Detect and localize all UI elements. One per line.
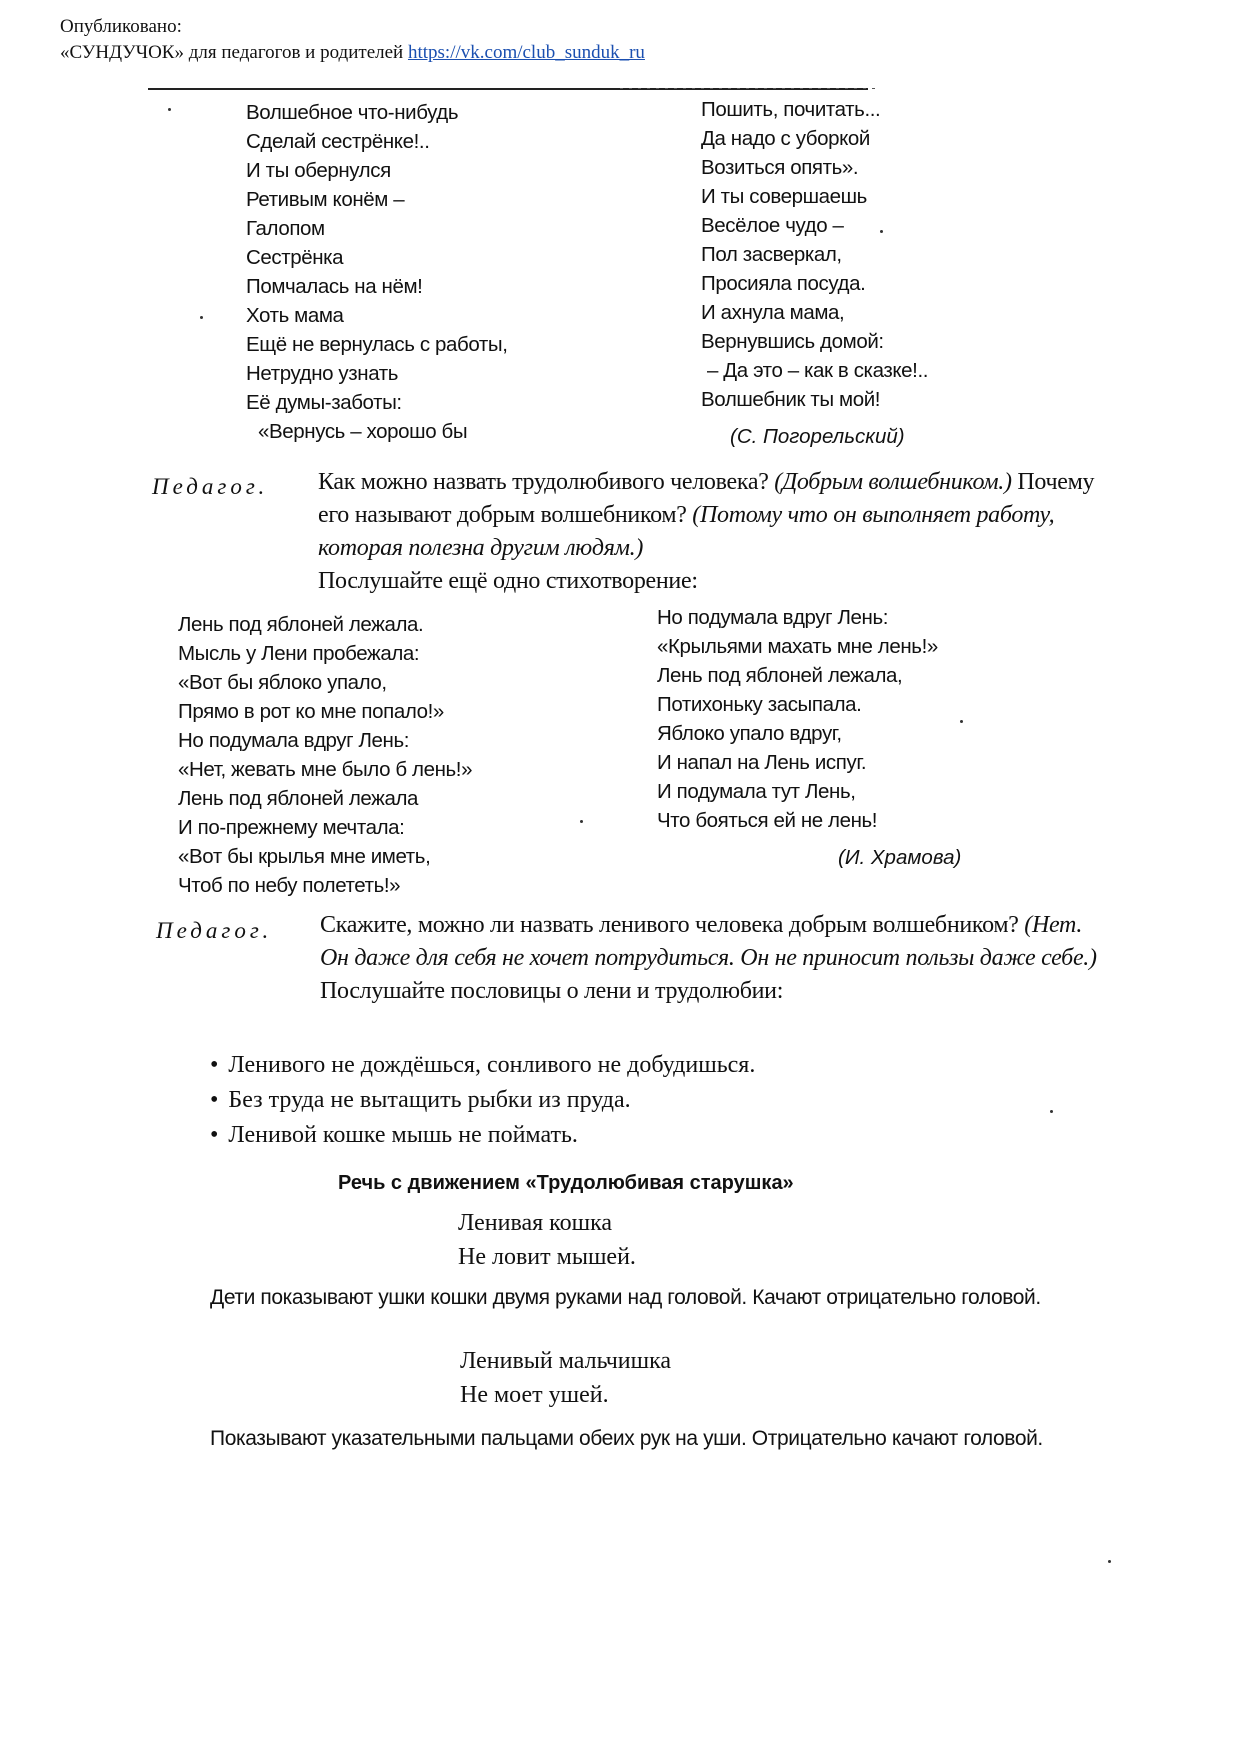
poem-line: Ещё не вернулась с работы, xyxy=(246,330,508,359)
proverbs-list: Ленивого не дождёшься, сонливого не добу… xyxy=(210,1048,755,1153)
poem1-author: (С. Погорельский) xyxy=(730,425,905,449)
poem-line: И ты обернулся xyxy=(246,156,508,185)
poem-line: И подумала тут Лень, xyxy=(657,777,938,806)
poem-line: «Вот бы яблоко упало, xyxy=(178,668,472,697)
poem-line: Вернувшись домой: xyxy=(701,327,928,356)
speaker-label: Педагог. xyxy=(156,918,272,944)
question: Как можно назвать трудолюбивого человека… xyxy=(318,469,769,495)
scan-speck xyxy=(200,316,203,319)
verse-line: Ленивый мальчишка xyxy=(460,1344,671,1378)
dialogue2-text: Скажите, можно ли назвать ленивого челов… xyxy=(320,909,1100,1008)
poem2-left-column: Лень под яблоней лежала. Мысль у Лени пр… xyxy=(178,610,472,900)
poem-line: Ретивым конём – xyxy=(246,185,508,214)
poem-line: «Нет, жевать мне было б лень!» xyxy=(178,755,472,784)
poem-line: Помчалась на нём! xyxy=(246,272,508,301)
poem-line: Просияла посуда. xyxy=(701,269,928,298)
poem-line: – Да это – как в сказке!.. xyxy=(701,356,928,385)
dialogue1-text: Как можно назвать трудолюбивого человека… xyxy=(318,466,1098,565)
poem-line: Чтоб по небу полететь!» xyxy=(178,871,472,900)
poem-line: Хоть мама xyxy=(246,301,508,330)
exercise-note1: Дети показывают ушки кошки двумя руками … xyxy=(210,1281,1110,1314)
poem-line: Мысль у Лени пробежала: xyxy=(178,639,472,668)
poem-line: Сестрёнка xyxy=(246,243,508,272)
poem-line: Галопом xyxy=(246,214,508,243)
poem-line: Нетрудно узнать xyxy=(246,359,508,388)
top-divider-dotted xyxy=(620,88,880,89)
poem-line: Да надо с уборкой xyxy=(701,124,928,153)
poem-line: Сделай сестрёнке!.. xyxy=(246,127,508,156)
poem-line: Лень под яблоней лежала. xyxy=(178,610,472,639)
source-line: «СУНДУЧОК» для педагогов и родителей htt… xyxy=(60,40,645,66)
verse-line: Ленивая кошка xyxy=(458,1206,636,1240)
scan-speck xyxy=(1050,1110,1053,1113)
poem-line: Но подумала вдруг Лень: xyxy=(657,603,938,632)
poem2-author: (И. Храмова) xyxy=(838,846,961,870)
poem-line: Что бояться ей не лень! xyxy=(657,806,938,835)
poem-line: Но подумала вдруг Лень: xyxy=(178,726,472,755)
poem-line: Пошить, почитать... xyxy=(701,95,928,124)
poem-line: Волшебное что-нибудь xyxy=(246,98,508,127)
poem-line: Волшебник ты мой! xyxy=(701,385,928,414)
source-text: «СУНДУЧОК» для педагогов и родителей xyxy=(60,42,403,63)
scan-speck xyxy=(960,720,963,723)
poem-line: Потихоньку засыпала. xyxy=(657,690,938,719)
poem-line: Лень под яблоней лежала xyxy=(178,784,472,813)
exercise-stanza1: Ленивая кошка Не ловит мышей. xyxy=(458,1206,636,1274)
poem-line: И ахнула мама, xyxy=(701,298,928,327)
poem-line: Прямо в рот ко мне попало!» xyxy=(178,697,472,726)
exercise-title: Речь с движением «Трудолюбивая старушка» xyxy=(338,1172,794,1195)
poem-line: Пол засверкал, xyxy=(701,240,928,269)
vk-club-link[interactable]: https://vk.com/club_sunduk_ru xyxy=(408,42,645,63)
poem-line: Весёлое чудо – xyxy=(701,211,928,240)
publication-header: Опубликовано: «СУНДУЧОК» для педагогов и… xyxy=(60,14,645,66)
poem-line: Её думы-заботы: xyxy=(246,388,508,417)
scan-speck xyxy=(880,230,883,233)
poem-line: «Вот бы крылья мне иметь, xyxy=(178,842,472,871)
scan-speck xyxy=(1108,1560,1111,1563)
exercise-note2: Показывают указательными пальцами обеих … xyxy=(210,1422,1110,1455)
published-label: Опубликовано: xyxy=(60,14,645,40)
poem-line: И напал на Лень испуг. xyxy=(657,748,938,777)
verse-line: Не ловит мышей. xyxy=(458,1240,636,1274)
proverb-item: Без труда не вытащить рыбки из пруда. xyxy=(210,1083,755,1118)
poem-line: И ты совершаешь xyxy=(701,182,928,211)
poem2-right-column: Но подумала вдруг Лень: «Крыльями махать… xyxy=(657,603,938,835)
speaker-label: Педагог. xyxy=(152,474,268,500)
proverb-item: Ленивой кошке мышь не поймать. xyxy=(210,1118,755,1153)
poem-line: Яблоко упало вдруг, xyxy=(657,719,938,748)
scan-speck xyxy=(580,820,583,823)
poem-line: «Крыльями махать мне лень!» xyxy=(657,632,938,661)
scan-speck xyxy=(168,108,171,111)
poem-line: «Вернусь – хорошо бы xyxy=(246,417,508,446)
poem-line: И по-прежнему мечтала: xyxy=(178,813,472,842)
exercise-stanza2: Ленивый мальчишка Не моет ушей. xyxy=(460,1344,671,1412)
verse-line: Не моет ушей. xyxy=(460,1378,671,1412)
poem-line: Возиться опять». xyxy=(701,153,928,182)
answer: (Добрым волшебником.) xyxy=(774,469,1011,495)
dialogue1-invite: Послушайте ещё одно стихотворение: xyxy=(318,565,698,598)
poem1-right-column: Пошить, почитать... Да надо с уборкой Во… xyxy=(701,95,928,414)
proverb-item: Ленивого не дождёшься, сонливого не добу… xyxy=(210,1048,755,1083)
invite: Послушайте пословицы о лени и трудолюбии… xyxy=(320,978,783,1004)
poem1-left-column: Волшебное что-нибудь Сделай сестрёнке!..… xyxy=(246,98,508,446)
question: Скажите, можно ли назвать ленивого челов… xyxy=(320,912,1019,938)
poem-line: Лень под яблоней лежала, xyxy=(657,661,938,690)
